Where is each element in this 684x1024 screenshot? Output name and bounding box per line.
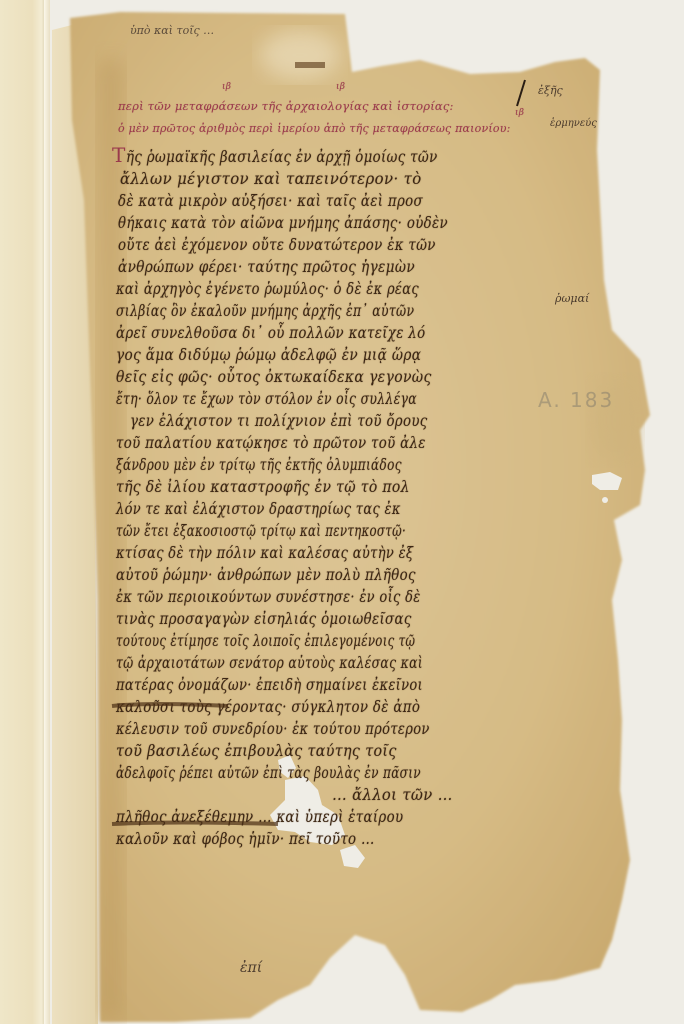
text-line: γος ἅμα διδύμῳ ῥώμῳ ἀδελφῷ ἐν μιᾷ ὥρᾳ	[116, 346, 421, 364]
rubric-line-2: ὁ μὲν πρῶτος ἀριθμὸς περὶ ἱμερίου ἀπὸ τῆ…	[118, 122, 511, 135]
text-line: … ἄλλοι τῶν …	[332, 786, 453, 804]
text-line: τῆς δὲ ἰλίου καταστροφῆς ἐν τῷ τὸ πολ	[116, 478, 410, 496]
bottom-margin-note: ἐπί	[240, 960, 262, 976]
text-line: σιλβίας ὃν ἐκαλοῦν μνήμης ἀρχῆς ἐπ᾽ αὐτῶ…	[116, 302, 414, 320]
text-line: τῶν ἔτει ἐξακοσιοστῷ τρίτῳ καὶ πεντηκοστ…	[116, 522, 406, 540]
text-line: ἐκ τῶν περιοικούντων συνέστησε· ἐν οἷς δ…	[116, 588, 421, 606]
manuscript-photograph: ὑπὸ καὶ τοῖς … ιβ ιβ ιβ περὶ τῶν μεταφρά…	[0, 0, 684, 1024]
red-mark: ιβ	[336, 82, 345, 92]
text-line: ἀρεῖ συνελθοῦσα δι᾽ οὗ πολλῶν κατεῖχε λό	[116, 324, 425, 342]
text-line: τοῦ βασιλέως ἐπιβουλὰς ταύτης τοῖς	[116, 742, 397, 760]
text-line: γεν ἐλάχιστον τι πολίχνιον ἐπὶ τοῦ ὄρους	[130, 412, 428, 430]
red-mark: ιβ	[515, 108, 524, 118]
top-margin-note: ὑπὸ καὶ τοῖς …	[130, 24, 214, 37]
text-line: θεῖς εἰς φῶς· οὗτος ὀκτωκαίδεκα γεγονὼς	[116, 368, 432, 386]
right-margin-note-1: ἐξῆς	[538, 84, 563, 97]
text-line: ῆς ῥωμαϊκῆς βασιλείας ἐν ἀρχῇ ὁμοίως τῶν	[126, 148, 438, 166]
text-line: καὶ ἀρχηγὸς ἐγένετο ῥωμύλος· ὁ δὲ ἐκ ρέα…	[116, 280, 419, 298]
text-line: λόν τε καὶ ἐλάχιστον δραστηρίως τας ἐκ	[116, 500, 401, 518]
text-line: ἀδελφοῖς ῥέπει αὐτῶν ἐπὶ τὰς βουλὰς ἐν π…	[116, 764, 421, 782]
text-line: ἄλλων μέγιστον καὶ ταπεινότερον· τὸ	[120, 170, 422, 188]
red-initial-letter: Τ	[112, 143, 125, 167]
text-line: ξάνδρου μὲν ἐν τρίτῳ τῆς ἐκτῆς ὀλυμπιάδο…	[116, 456, 402, 474]
margin-stroke-mark	[514, 78, 528, 108]
text-line: ἀνθρώπων φέρει· ταύτης πρῶτος ἡγεμὼν	[118, 258, 415, 276]
text-line: αὐτοῦ ῥώμην· ἀνθρώπων μὲν πολὺ πλῆθος	[116, 566, 416, 584]
text-line: τῷ ἀρχαιοτάτων σενάτορ αὐτοὺς καλέσας κα…	[116, 654, 423, 672]
text-line: κέλευσιν τοῦ συνεδρίου· ἐκ τούτου πρότερ…	[116, 720, 430, 738]
text-line: θήκαις κατὰ τὸν αἰῶνα μνήμης ἀπάσης· οὐδ…	[118, 214, 448, 232]
text-line: ἔτη· ὅλον τε ἔχων τὸν στόλον ἐν οἷς συλλ…	[116, 390, 417, 408]
text-line: τούτους ἐτίμησε τοῖς λοιποῖς ἐπιλεγομένο…	[116, 632, 415, 650]
text-line: κτίσας δὲ τὴν πόλιν καὶ καλέσας αὐτὴν ἐξ	[116, 544, 413, 562]
text-line: δὲ κατὰ μικρὸν αὐξήσει· καὶ ταῖς ἀεὶ προ…	[118, 192, 423, 210]
ink-smudge	[110, 700, 230, 712]
right-margin-note-3: ῥωμαί	[555, 292, 589, 305]
right-margin-note-2: ἑρμηνεύς	[550, 118, 597, 129]
text-line: τοῦ παλατίου κατῴκησε τὸ πρῶτον τοῦ ἀλε	[116, 434, 426, 452]
red-mark: ιβ	[222, 82, 231, 92]
text-line: πατέρας ὀνομάζων· ἐπειδὴ σημαίνει ἐκεῖνο…	[116, 676, 423, 694]
ink-smudge	[110, 818, 280, 830]
text-line: οὔτε ἀεὶ ἐχόμενον οὔτε δυνατώτερον ἐκ τῶ…	[118, 236, 436, 254]
pencil-foliation: A. 183	[538, 388, 614, 412]
text-line: τινὰς προσαγαγὼν εἰσηλιάς ὁμοιωθεῖσας	[116, 610, 412, 628]
rubric-line-1: περὶ τῶν μεταφράσεων τῆς ἀρχαιολογίας κα…	[118, 99, 454, 113]
text-line: καλοῦν καὶ φόβος ἡμῖν· πεῖ τοῦτο …	[116, 830, 375, 848]
